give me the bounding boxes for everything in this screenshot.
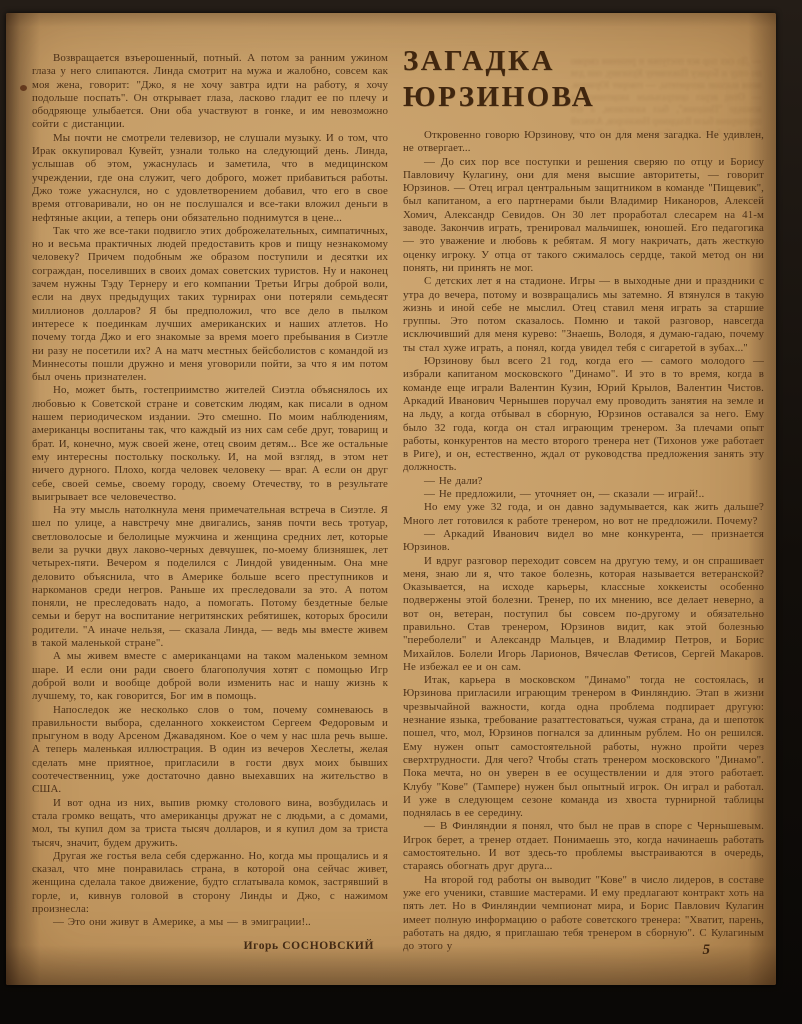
paragraph: — Не предложили, — уточняет он, — сказал… xyxy=(403,488,764,501)
paragraph: — До сих пор все поступки и решения свер… xyxy=(403,156,764,276)
page-number: 5 xyxy=(703,942,711,959)
paragraph: — Не дали? xyxy=(403,475,764,488)
left-article-column: Возвращается взъерошенный, потный. А пот… xyxy=(32,43,388,953)
paragraph: Юрзинову был всего 21 год, когда его — с… xyxy=(403,355,764,475)
scan-background: — До сих пор все поступки и решения свер… xyxy=(0,0,802,1024)
left-article-body: Возвращается взъерошенный, потный. А пот… xyxy=(32,52,388,930)
paragraph: И вот одна из них, выпив рюмку столового… xyxy=(32,797,388,850)
paragraph: — Это они живут в Америке, а мы — в эмиг… xyxy=(32,916,388,929)
paragraph: Но ему уже 32 года, и он давно задумывае… xyxy=(403,501,764,528)
right-article-column: ЗАГАДКА ЮРЗИНОВА Откровенно говорю Юрзин… xyxy=(403,43,764,953)
right-article-body: Откровенно говорю Юрзинову, что он для м… xyxy=(403,129,764,953)
paragraph: С детских лет я на стадионе. Игры — в вы… xyxy=(403,275,764,355)
paragraph: Напоследок же несколько слов о том, поче… xyxy=(32,704,388,797)
paragraph: Итак, карьера в московском "Динамо" тогд… xyxy=(403,674,764,820)
page-content: Возвращается взъерошенный, потный. А пот… xyxy=(6,13,776,953)
paragraph: Мы почти не смотрели телевизор, не слуша… xyxy=(32,132,388,225)
paragraph: А мы живем вместе с американцами на тако… xyxy=(32,650,388,703)
paragraph: И вдруг разговор переходит совсем на дру… xyxy=(403,555,764,675)
paragraph: Возвращается взъерошенный, потный. А пот… xyxy=(32,52,388,132)
article-title-line2: ЮРЗИНОВА xyxy=(403,81,595,113)
paragraph: Откровенно говорю Юрзинову, что он для м… xyxy=(403,129,764,156)
spine-artifact-dot xyxy=(20,85,27,91)
article-title-line1: ЗАГАДКА xyxy=(403,45,555,77)
paragraph: На эту мысль натолкнула меня примечатель… xyxy=(32,504,388,650)
paragraph: — В Финляндии я понял, что был не прав в… xyxy=(403,820,764,873)
author-signature: Игорь СОСНОВСКИЙ xyxy=(32,940,388,952)
paragraph: Но, может быть, гостеприимство жителей С… xyxy=(32,384,388,504)
paragraph: Так что же все-таки подвигло этих доброж… xyxy=(32,225,388,385)
paragraph: Другая же гостья вела себя сдержанно. Но… xyxy=(32,850,388,916)
magazine-page: — До сих пор все поступки и решения свер… xyxy=(6,13,776,985)
paragraph: — Аркадий Иванович видел во мне конкурен… xyxy=(403,528,764,555)
article-title: ЗАГАДКА ЮРЗИНОВА xyxy=(403,43,764,115)
